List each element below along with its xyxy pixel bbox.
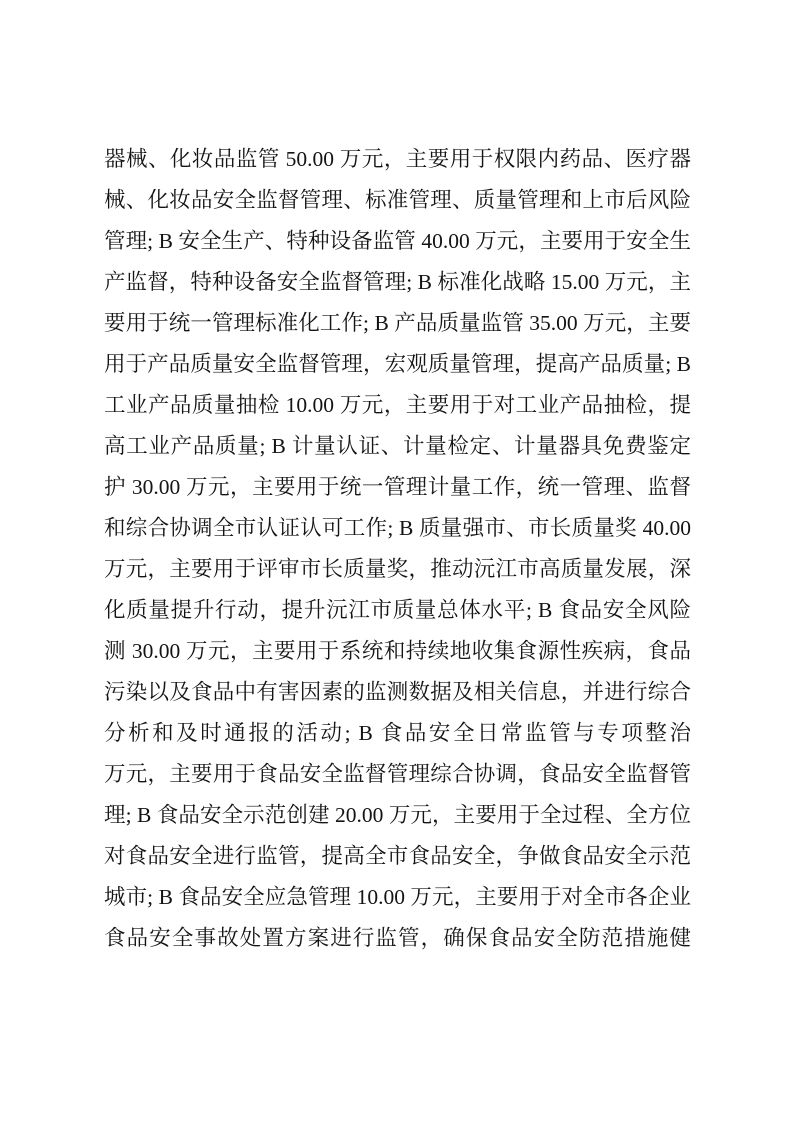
text-line: 食品安全事故处置方案进行监管，确保食品安全防范措施健全， bbox=[104, 918, 691, 959]
text-line: 污染以及食品中有害因素的监测数据及相关信息，并进行综合 bbox=[104, 672, 691, 713]
text-line: 产监督，特种设备安全监督管理; B 标准化战略 15.00 万元，主 bbox=[104, 262, 691, 303]
text-line: 械、化妆品安全监督管理、标准管理、质量管理和上市后风险 bbox=[104, 180, 691, 221]
text-line: 高工业产品质量; B 计量认证、计量检定、计量器具免费鉴定维 bbox=[104, 426, 691, 467]
text-line: 器械、化妆品监管 50.00 万元，主要用于权限内药品、医疗器 bbox=[104, 139, 691, 180]
text-line: 城市; B 食品安全应急管理 10.00 万元，主要用于对全市各企业 bbox=[104, 877, 691, 918]
paragraph-block: 器械、化妆品监管 50.00 万元，主要用于权限内药品、医疗器 械、化妆品安全监… bbox=[104, 139, 691, 959]
text-line: 化质量提升行动，提升沅江市质量总体水平; B 食品安全风险监 bbox=[104, 590, 691, 631]
text-line: 工业产品质量抽检 10.00 万元，主要用于对工业产品抽检，提 bbox=[104, 385, 691, 426]
text-line: 要用于统一管理标准化工作; B 产品质量监管 35.00 万元，主要 bbox=[104, 303, 691, 344]
text-line: 和综合协调全市认证认可工作; B 质量强市、市长质量奖 40.00 bbox=[104, 508, 691, 549]
text-line: 万元，主要用于食品安全监督管理综合协调，食品安全监督管 bbox=[104, 754, 691, 795]
text-line: 用于产品质量安全监督管理，宏观质量管理，提高产品质量; B bbox=[104, 344, 691, 385]
text-line: 护 30.00 万元，主要用于统一管理计量工作，统一管理、监督 bbox=[104, 467, 691, 508]
text-line: 分析和及时通报的活动; B 食品安全日常监管与专项整治 122.00 bbox=[104, 713, 691, 754]
document-page: 器械、化妆品监管 50.00 万元，主要用于权限内药品、医疗器 械、化妆品安全监… bbox=[0, 0, 793, 1122]
text-line: 管理; B 安全生产、特种设备监管 40.00 万元，主要用于安全生 bbox=[104, 221, 691, 262]
text-line: 测 30.00 万元，主要用于系统和持续地收集食源性疾病，食品 bbox=[104, 631, 691, 672]
text-line: 理; B 食品安全示范创建 20.00 万元，主要用于全过程、全方位 bbox=[104, 795, 691, 836]
text-line: 万元，主要用于评审市长质量奖，推动沅江市高质量发展，深 bbox=[104, 549, 691, 590]
text-line: 对食品安全进行监管，提高全市食品安全，争做食品安全示范 bbox=[104, 836, 691, 877]
